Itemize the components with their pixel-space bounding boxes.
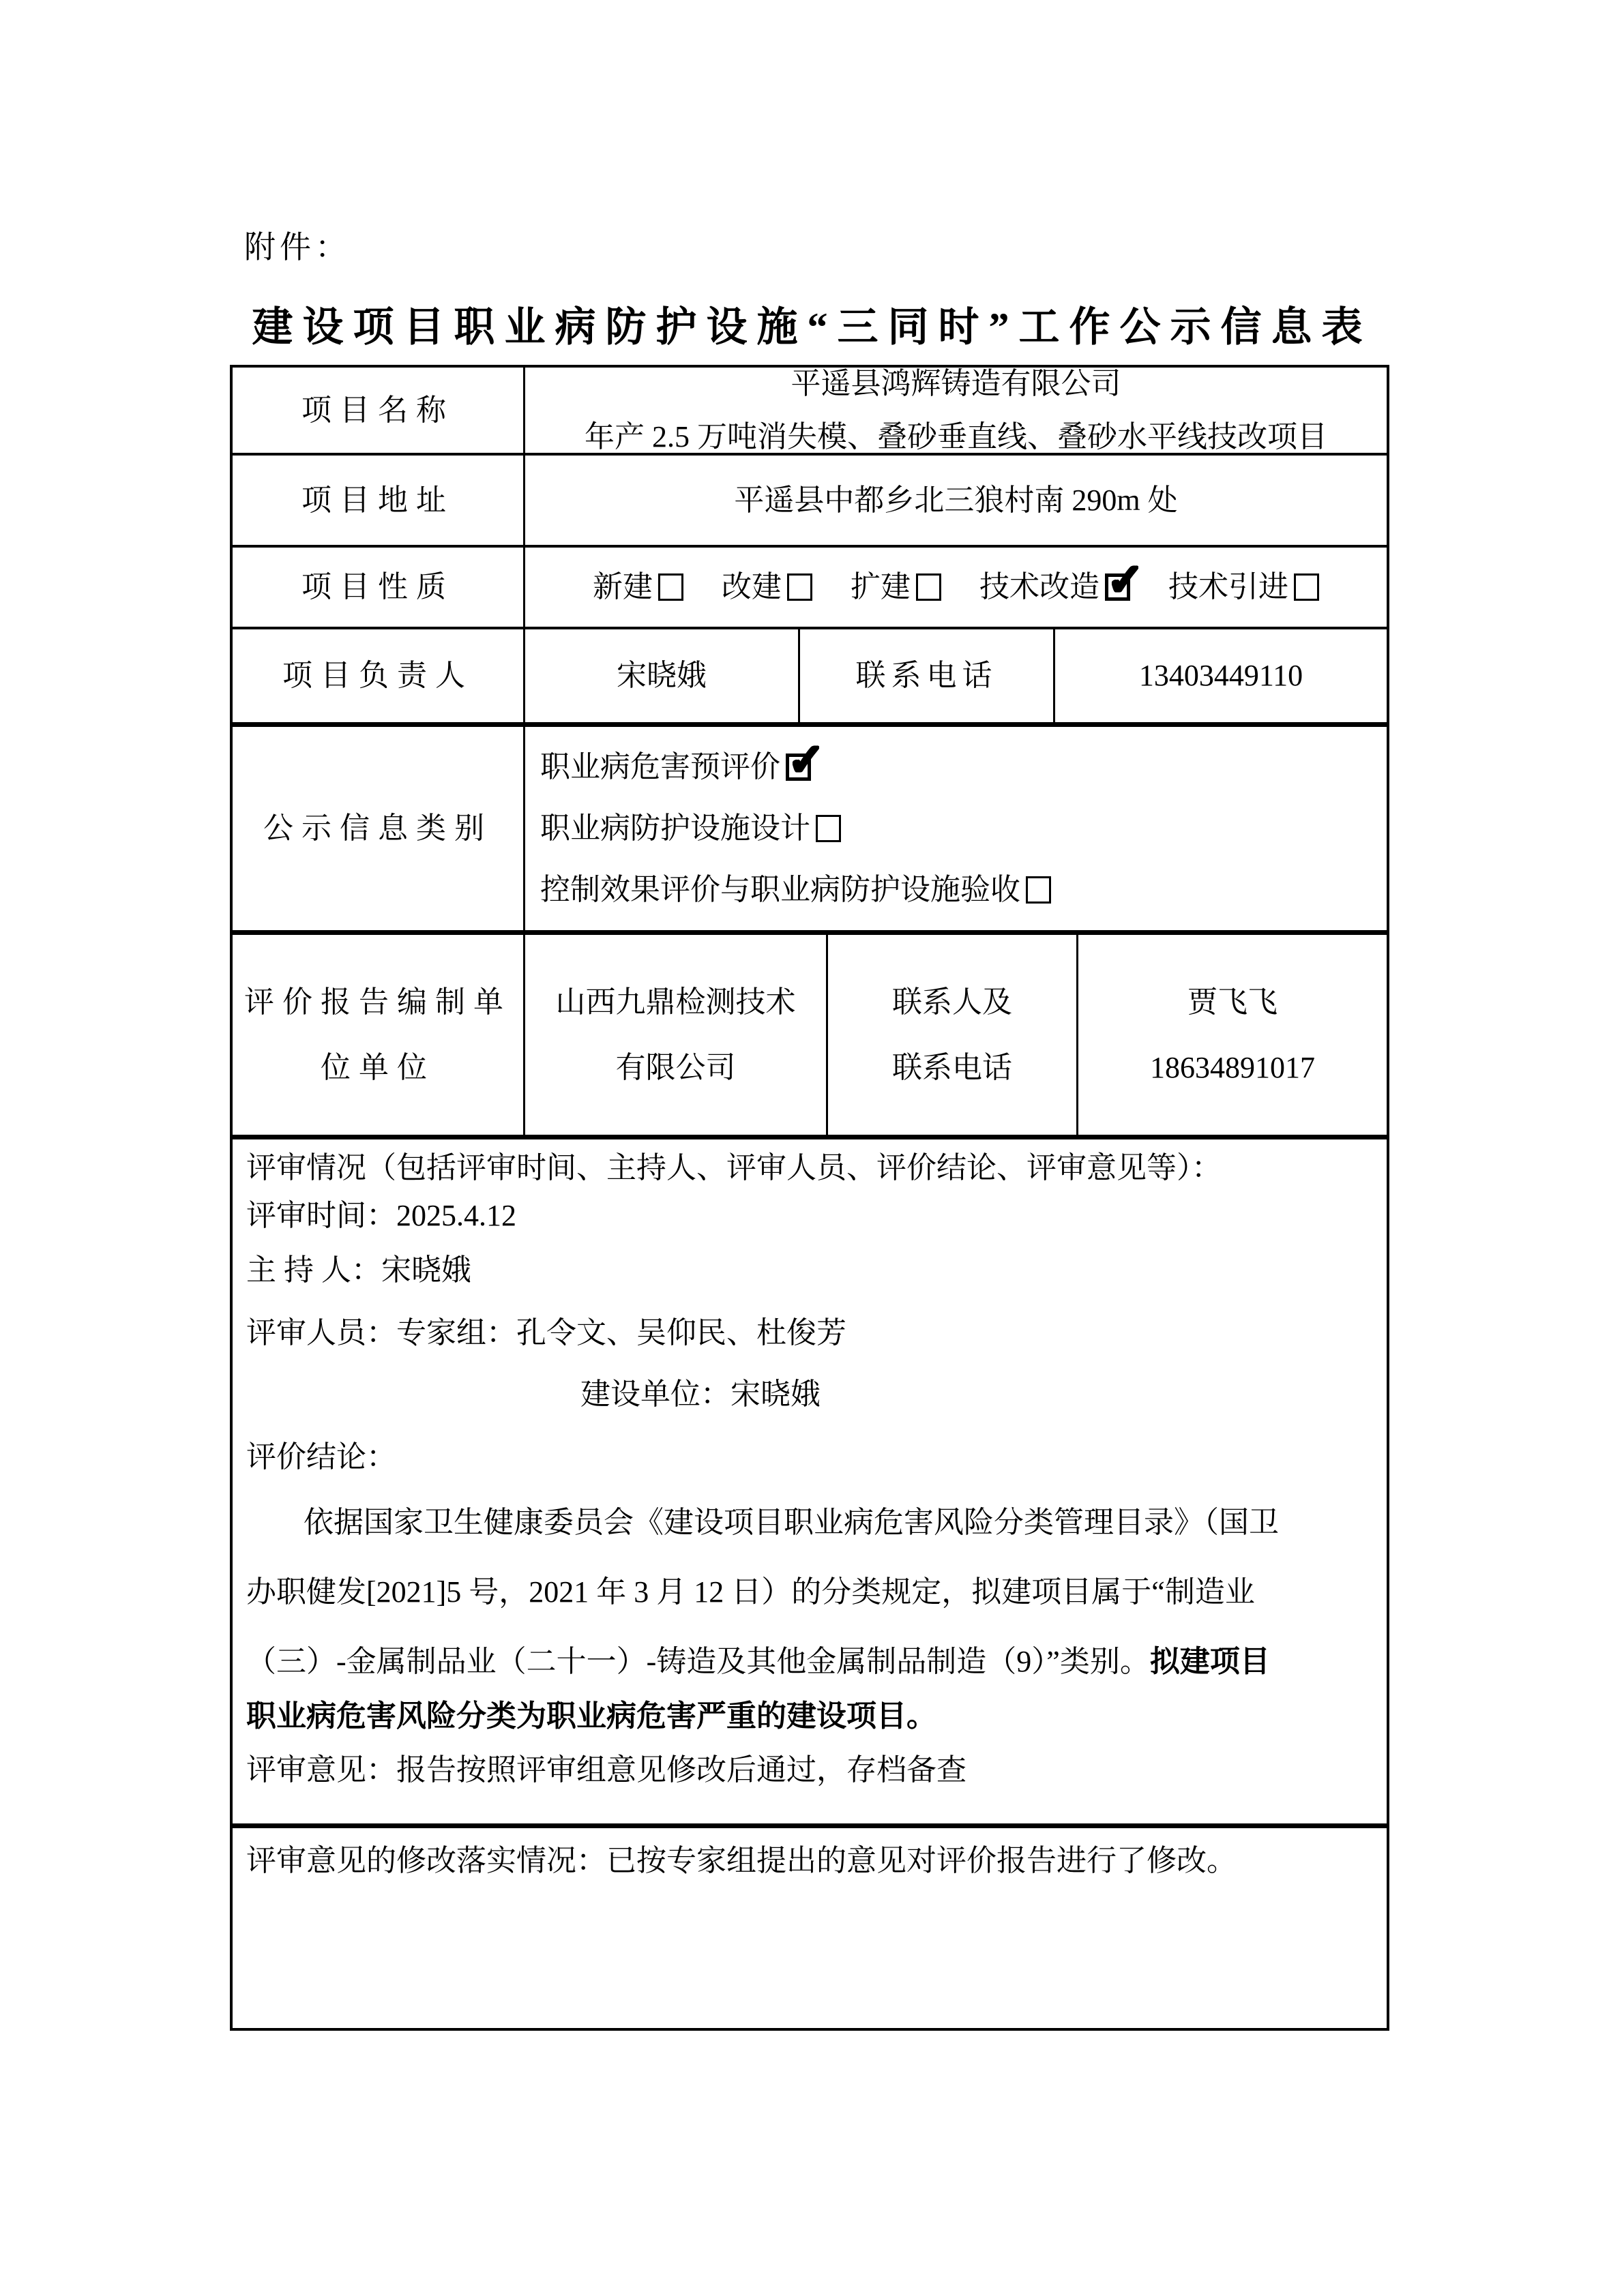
row-project-leader: 项目负责人 宋晓娥 联系电话 13403449110 [233, 627, 1387, 722]
nature-option-tech-upgrade: 技术改造 [979, 572, 1130, 602]
info-category-label: 公示信息类别 [233, 727, 523, 930]
nature-option-tech-import: 技术引进 [1168, 572, 1319, 602]
category-pre-evaluation: 职业病危害预评价 [540, 752, 811, 782]
conclusion-line-4: 职业病危害风险分类为职业病危害严重的建设项目。 [246, 1701, 1370, 1731]
attachment-label: 附件： [244, 232, 351, 263]
checkbox-facility-design [816, 815, 841, 842]
checkbox-acceptance [1026, 876, 1051, 904]
review-block: 评审情况（包括评审时间、主持人、评审人员、评价结论、评审意见等）： 评审时间：2… [233, 1139, 1387, 1823]
review-host: 主 持 人：宋晓娥 [246, 1255, 1370, 1285]
row-info-category: 公示信息类别 职业病危害预评价 职业病防护设施设计 控制效果评价与职业病防护设施… [233, 722, 1387, 930]
review-panel: 评审人员：专家组：孔令文、吴仰民、杜俊芳 [246, 1318, 1370, 1348]
review-time: 评审时间：2025.4.12 [246, 1201, 1370, 1231]
document-page: 附件： 建设项目职业病防护设施“三同时”工作公示信息表 项目名称 平遥县鸿辉铸造… [0, 0, 1624, 2296]
checkbox-rebuild [787, 573, 812, 601]
nature-option-new: 新建 [593, 572, 683, 602]
implementation-text: 评审意见的修改落实情况：已按专家组提出的意见对评价报告进行了修改。 [233, 1828, 1387, 2028]
project-address-label: 项目地址 [233, 456, 523, 545]
category-facility-design: 职业病防护设施设计 [540, 814, 841, 844]
project-leader-name: 宋晓娥 [523, 629, 798, 722]
conclusion-line-2: 办职健发[2021]5 号，2021 年 3 月 12 日）的分类规定，拟建项目… [246, 1577, 1370, 1607]
row-implementation: 评审意见的修改落实情况：已按专家组提出的意见对评价报告进行了修改。 [233, 1823, 1387, 2028]
report-unit-label: 评价报告编制单 位单位 [233, 935, 523, 1135]
project-company-line: 平遥县鸿辉铸造有限公司 [791, 369, 1121, 399]
leader-phone-label: 联系电话 [798, 629, 1053, 722]
row-project-name: 项目名称 平遥县鸿辉铸造有限公司 年产 2.5 万吨消失模、叠砂垂直线、叠砂水平… [233, 368, 1387, 453]
review-builder: 建设单位：宋晓娥 [246, 1380, 1370, 1410]
project-title-line: 年产 2.5 万吨消失模、叠砂垂直线、叠砂水平线技改项目 [585, 422, 1327, 452]
checkbox-new [658, 573, 683, 601]
report-contact-value: 贾飞飞 18634891017 [1076, 935, 1387, 1135]
conclusion-line-3: （三）-金属制品业（二十一）-铸造及其他金属制品制造（9）”类别。拟建项目 [246, 1647, 1370, 1677]
checkbox-tech-import [1294, 573, 1319, 601]
project-nature-label: 项目性质 [233, 548, 523, 627]
info-category-options: 职业病危害预评价 职业病防护设施设计 控制效果评价与职业病防护设施验收 [523, 727, 1387, 930]
conclusion-label: 评价结论： [246, 1442, 1370, 1472]
project-nature-options: 新建 改建 扩建 技术改造 技术引进 [523, 548, 1387, 627]
checkbox-expand [916, 573, 941, 601]
page-title: 建设项目职业病防护设施“三同时”工作公示信息表 [0, 307, 1624, 348]
checkbox-tech-upgrade [1105, 573, 1130, 601]
project-leader-label: 项目负责人 [233, 629, 523, 722]
conclusion-bold-start: 拟建项目 [1150, 1645, 1270, 1678]
conclusion-line-1: 依据国家卫生健康委员会《建设项目职业病危害风险分类管理目录》（国卫 [246, 1508, 1370, 1538]
project-address-value: 平遥县中都乡北三狼村南 290m 处 [523, 456, 1387, 545]
report-contact-label: 联系人及 联系电话 [826, 935, 1076, 1135]
nature-option-rebuild: 改建 [722, 572, 812, 602]
checkbox-pre-evaluation [786, 754, 811, 781]
nature-option-expand: 扩建 [851, 572, 941, 602]
info-table: 项目名称 平遥县鸿辉铸造有限公司 年产 2.5 万吨消失模、叠砂垂直线、叠砂水平… [230, 365, 1389, 2031]
review-heading: 评审情况（包括评审时间、主持人、评审人员、评价结论、评审意见等）： [246, 1153, 1370, 1183]
row-project-address: 项目地址 平遥县中都乡北三狼村南 290m 处 [233, 453, 1387, 545]
review-opinion: 评审意见：报告按照评审组意见修改后通过，存档备查 [246, 1755, 1370, 1785]
row-project-nature: 项目性质 新建 改建 扩建 技术改造 技术引进 [233, 545, 1387, 627]
project-name-value: 平遥县鸿辉铸造有限公司 年产 2.5 万吨消失模、叠砂垂直线、叠砂水平线技改项目 [523, 368, 1387, 453]
leader-phone-value: 13403449110 [1053, 629, 1387, 722]
category-acceptance: 控制效果评价与职业病防护设施验收 [540, 875, 1051, 905]
project-name-label: 项目名称 [233, 368, 523, 453]
row-report-unit: 评价报告编制单 位单位 山西九鼎检测技术 有限公司 联系人及 联系电话 贾飞飞 … [233, 930, 1387, 1135]
report-unit-company: 山西九鼎检测技术 有限公司 [523, 935, 826, 1135]
row-review: 评审情况（包括评审时间、主持人、评审人员、评价结论、评审意见等）： 评审时间：2… [233, 1135, 1387, 1823]
